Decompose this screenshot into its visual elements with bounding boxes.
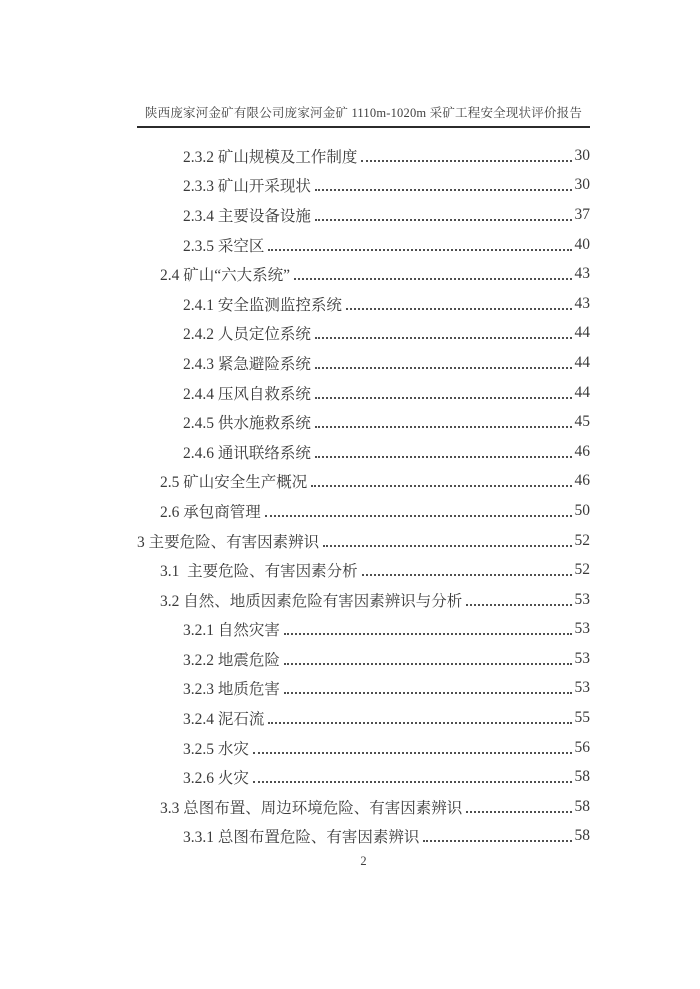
toc-entry: 2.4.2 人员定位系统44 (137, 319, 590, 349)
toc-leader-dots (423, 840, 571, 842)
toc-entry-page: 58 (575, 798, 591, 816)
toc-entry: 3 主要危险、有害因素辨识52 (137, 526, 590, 556)
toc-entry-label: 2.4 矿山“六大系统” (160, 263, 290, 285)
page-header: 陕西庞家河金矿有限公司庞家河金矿 1110m-1020m 采矿工程安全现状评价报… (137, 103, 590, 128)
toc-entry-page: 46 (575, 472, 591, 490)
toc-entry: 3.2.1 自然灾害53 (137, 615, 590, 645)
toc-entry: 2.3.5 采空区40 (137, 230, 590, 260)
toc-leader-dots (315, 426, 572, 428)
toc-entry: 3.2 自然、地质因素危险有害因素辨识与分析53 (137, 585, 590, 615)
toc-entry-label: 3.2.3 地质危害 (183, 677, 280, 699)
toc-entry-label: 2.3.2 矿山规模及工作制度 (183, 145, 357, 167)
toc-list: 2.3.2 矿山规模及工作制度30 2.3.3 矿山开采现状30 2.3.4 主… (137, 141, 590, 851)
toc-leader-dots (315, 367, 572, 369)
toc-leader-dots (268, 249, 571, 251)
toc-leader-dots (284, 663, 572, 665)
toc-leader-dots (466, 811, 571, 813)
toc-entry: 2.3.4 主要设备设施37 (137, 200, 590, 230)
toc-entry-page: 53 (575, 620, 591, 638)
toc-entry-label: 3.2 自然、地质因素危险有害因素辨识与分析 (160, 589, 462, 611)
toc-leader-dots (294, 278, 571, 280)
toc-entry: 2.3.3 矿山开采现状30 (137, 171, 590, 201)
toc-leader-dots (315, 456, 572, 458)
toc-entry: 3.1 主要危险、有害因素分析52 (137, 555, 590, 585)
toc-entry-page: 46 (575, 443, 591, 461)
toc-entry-page: 52 (575, 532, 591, 550)
toc-entry-page: 37 (575, 206, 591, 224)
toc-leader-dots (361, 160, 571, 162)
toc-entry-page: 53 (575, 679, 591, 697)
toc-entry-label: 2.4.5 供水施救系统 (183, 411, 311, 433)
toc-leader-dots (315, 219, 572, 221)
toc-entry-label: 3.2.5 水灾 (183, 737, 249, 759)
toc-entry-label: 2.6 承包商管理 (160, 500, 261, 522)
toc-entry-label: 3.2.2 地震危险 (183, 648, 280, 670)
toc-leader-dots (253, 781, 572, 783)
toc-leader-dots (265, 515, 572, 517)
page-number: 2 (360, 854, 366, 868)
toc-entry-page: 55 (575, 709, 591, 727)
toc-entry: 2.4.4 压风自救系统44 (137, 378, 590, 408)
toc-entry: 3.3.1 总图布置危险、有害因素辨识58 (137, 822, 590, 852)
toc-entry: 2.4.1 安全监测监控系统43 (137, 289, 590, 319)
toc-entry-page: 43 (575, 295, 591, 313)
toc-leader-dots (346, 308, 572, 310)
toc-entry-page: 58 (575, 768, 591, 786)
toc-entry-label: 2.4.4 压风自救系统 (183, 382, 311, 404)
toc-entry-page: 44 (575, 354, 591, 372)
toc-entry: 3.2.4 泥石流55 (137, 703, 590, 733)
toc-entry-page: 52 (575, 561, 591, 579)
toc-entry-page: 43 (575, 265, 591, 283)
toc-entry-label: 2.3.4 主要设备设施 (183, 204, 311, 226)
toc-entry-page: 53 (575, 650, 591, 668)
toc-entry-page: 30 (575, 147, 591, 165)
toc-entry: 2.4.6 通讯联络系统46 (137, 437, 590, 467)
toc-leader-dots (323, 545, 571, 547)
toc-entry: 2.4 矿山“六大系统”43 (137, 259, 590, 289)
toc-entry-page: 40 (575, 236, 591, 254)
toc-leader-dots (284, 692, 572, 694)
toc-entry-label: 3.3.1 总图布置危险、有害因素辨识 (183, 825, 419, 847)
toc-entry-label: 3 主要危险、有害因素辨识 (137, 530, 319, 552)
toc-entry-label: 2.5 矿山安全生产概况 (160, 470, 307, 492)
toc-entry-label: 2.3.5 采空区 (183, 234, 264, 256)
toc-entry-label: 3.2.4 泥石流 (183, 707, 264, 729)
toc-entry-label: 3.3 总图布置、周边环境危险、有害因素辨识 (160, 796, 462, 818)
toc-entry-page: 53 (575, 591, 591, 609)
toc-leader-dots (362, 574, 572, 576)
toc-entry-label: 3.1 主要危险、有害因素分析 (160, 559, 358, 581)
toc-entry-page: 56 (575, 739, 591, 757)
toc-entry: 3.3 总图布置、周边环境危险、有害因素辨识58 (137, 792, 590, 822)
toc-entry-page: 58 (575, 827, 591, 845)
toc-entry-label: 2.4.2 人员定位系统 (183, 322, 311, 344)
toc-leader-dots (253, 752, 572, 754)
toc-entry: 3.2.5 水灾56 (137, 733, 590, 763)
page-footer: 2 (137, 854, 590, 869)
toc-entry: 3.2.6 火灾58 (137, 762, 590, 792)
toc-entry: 3.2.3 地质危害53 (137, 674, 590, 704)
document-page: 陕西庞家河金矿有限公司庞家河金矿 1110m-1020m 采矿工程安全现状评价报… (0, 0, 700, 989)
toc-entry: 2.3.2 矿山规模及工作制度30 (137, 141, 590, 171)
toc-entry-label: 2.3.3 矿山开采现状 (183, 174, 311, 196)
toc-leader-dots (315, 397, 572, 399)
toc-entry-label: 2.4.3 紧急避险系统 (183, 352, 311, 374)
toc-leader-dots (268, 722, 571, 724)
toc-entry-label: 3.2.6 火灾 (183, 766, 249, 788)
toc-entry-page: 44 (575, 384, 591, 402)
toc-entry: 3.2.2 地震危险53 (137, 644, 590, 674)
toc-leader-dots (466, 604, 571, 606)
toc-entry-page: 44 (575, 324, 591, 342)
toc-entry-label: 2.4.1 安全监测监控系统 (183, 293, 342, 315)
toc-entry-page: 30 (575, 176, 591, 194)
toc-leader-dots (284, 633, 572, 635)
toc-entry: 2.4.5 供水施救系统45 (137, 407, 590, 437)
toc-entry: 2.6 承包商管理50 (137, 496, 590, 526)
toc-entry-label: 3.2.1 自然灾害 (183, 618, 280, 640)
toc-leader-dots (311, 485, 571, 487)
toc-entry: 2.4.3 紧急避险系统44 (137, 348, 590, 378)
toc-leader-dots (315, 337, 572, 339)
toc-entry-page: 50 (575, 502, 591, 520)
toc-entry-page: 45 (575, 413, 591, 431)
toc-entry-label: 2.4.6 通讯联络系统 (183, 441, 311, 463)
toc-leader-dots (315, 189, 572, 191)
toc-entry: 2.5 矿山安全生产概况46 (137, 467, 590, 497)
header-title: 陕西庞家河金矿有限公司庞家河金矿 1110m-1020m 采矿工程安全现状评价报… (137, 103, 590, 121)
